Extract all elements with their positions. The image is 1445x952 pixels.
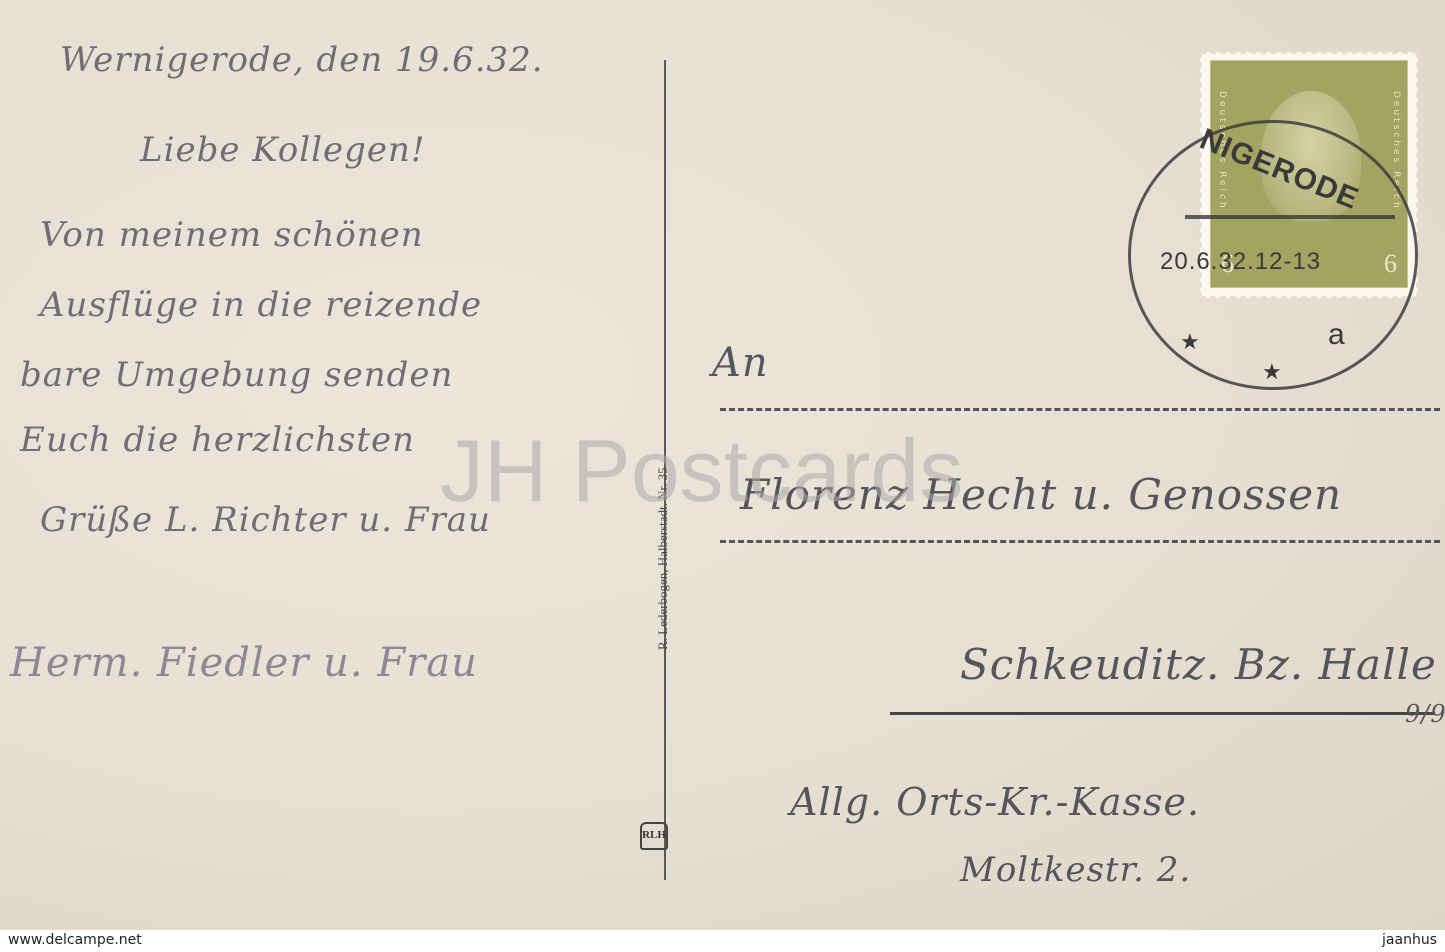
postmark-date: 20.6.32.12-13 xyxy=(1160,248,1321,276)
star-icon: ★ xyxy=(1180,330,1200,355)
address-line-2 xyxy=(720,540,1440,543)
message-line: Euch die herzlichsten xyxy=(20,420,415,460)
postcard-back: Wernigerode, den 19.6.32. Liebe Kollegen… xyxy=(0,0,1445,930)
address-institution: Allg. Orts-Kr.-Kasse. xyxy=(790,780,1200,824)
footer-source-left: www.delcampe.net xyxy=(8,932,142,948)
watermark: JH Postcards xyxy=(440,420,963,522)
address-street: Moltkestr. 2. xyxy=(960,850,1191,890)
message-line-date: Wernigerode, den 19.6.32. xyxy=(60,40,544,80)
footer-source-right: jaanhus xyxy=(1382,932,1437,948)
star-icon: ★ xyxy=(1262,360,1282,385)
footer-bar: www.delcampe.net jaanhus xyxy=(0,930,1445,952)
address-salutation: An xyxy=(712,340,769,386)
address-underline xyxy=(890,712,1435,715)
postmark-letter: a xyxy=(1328,318,1345,352)
address-city: Schkeuditz. Bz. Halle xyxy=(960,640,1437,689)
message-line: Ausflüge in die reizende xyxy=(40,285,482,325)
message-line-signature-2: Herm. Fiedler u. Frau xyxy=(10,640,478,686)
message-line: bare Umgebung senden xyxy=(20,355,453,395)
address-margin-note: 9/9 xyxy=(1405,700,1445,728)
publisher-logo-icon: RLH xyxy=(640,822,668,850)
message-line: Von meinem schönen xyxy=(40,215,424,255)
message-line-greeting: Liebe Kollegen! xyxy=(140,130,426,170)
address-line-1 xyxy=(720,408,1440,411)
postmark-bar xyxy=(1185,215,1395,219)
message-line-signature: Grüße L. Richter u. Frau xyxy=(40,500,491,540)
